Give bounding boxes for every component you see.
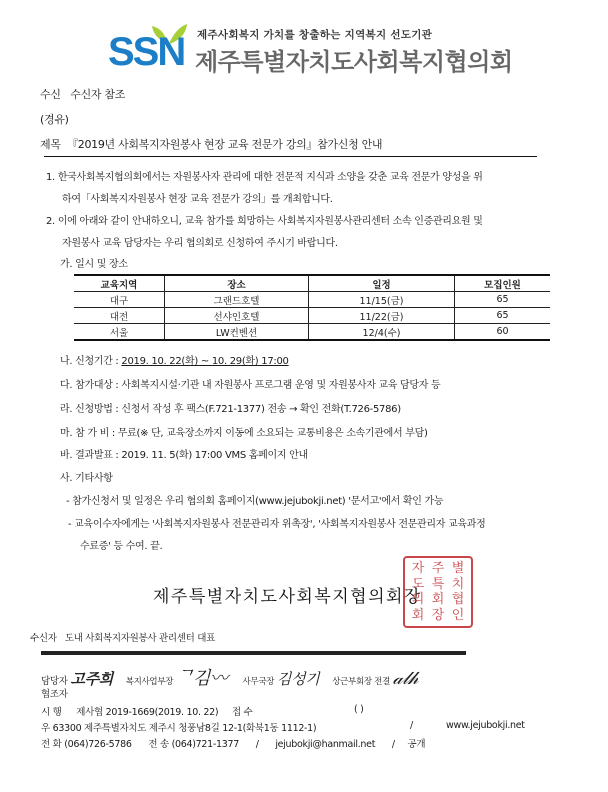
seal-char: 회 [408, 608, 428, 624]
recipients-label: 수신자 [30, 633, 57, 644]
signature-manager: 고주희 [70, 670, 113, 688]
tel-value: (064)726-5786 [64, 739, 131, 750]
separator: / [410, 720, 413, 731]
signature-secretary-general: 김성기 [277, 670, 320, 688]
seal-char: 자 [408, 561, 428, 577]
separator: / [392, 739, 395, 750]
approval-role: 복지사업부장 [126, 677, 173, 687]
org-name: 제주특별자치도사회복지협의회 [195, 42, 513, 77]
seal-char: 도 [408, 577, 428, 593]
table-cell: 서울 [74, 324, 165, 341]
item-value: 무료(※ 단, 교육장소까지 이동에 소요되는 교통비용은 소속기관에서 부담) [118, 428, 428, 439]
approval-row: 담당자 고주희 복지사업부장 ᄀ김〰 사무국장 김성기 상근부회장 전결 𝒶𝓁𝒽 [41, 664, 418, 690]
table-cell: 12/4(수) [309, 324, 455, 341]
paragraph-2-line-2: 자원봉사 교육 담당자는 우리 협의회로 신청하여 주시기 바랍니다. [62, 234, 338, 249]
table-cell: 65 [455, 292, 551, 308]
seal-char: 주 [428, 561, 448, 577]
paragraph-1-line-2: 하여「사회복지자원봉사 현장 교육 전문가 강의」를 개최합니다. [62, 190, 333, 205]
tel-label: 전 화 [41, 739, 61, 750]
seal-char: 장 [428, 608, 448, 624]
seal-char: 의 [408, 592, 428, 608]
seal-char: 회 [428, 592, 448, 608]
receipt-label: 접 수 [232, 704, 252, 718]
table-cell: 11/22(금) [309, 308, 455, 324]
application-period: 2019. 10. 22(화) ~ 10. 29(화) 17:00 [121, 356, 288, 367]
seal-char: 별 [448, 561, 468, 577]
item-sa-dash-2-line-2: 수료증' 등 수여. 끝. [80, 537, 162, 552]
recipient-label: 수신 [40, 88, 61, 101]
seal-char: 치 [448, 577, 468, 593]
enforce-label: 시 행 [41, 707, 61, 718]
column-header: 교육지역 [74, 275, 165, 292]
table-cell: 선샤인호텔 [165, 308, 309, 324]
table-row: 대구 그랜드호텔 11/15(금) 65 [74, 292, 550, 308]
subject-divider [44, 156, 537, 157]
item-label: 마. 참 가 비 : [60, 428, 115, 439]
table-header-row: 교육지역 장소 일정 모집인원 [74, 275, 550, 292]
enforce-value: 제사협 2019-1669(2019. 10. 22) [76, 707, 218, 718]
logo-ssn: SSN [108, 30, 184, 75]
enforcement-row: 시 행 제사협 2019-1669(2019. 10. 22) [41, 704, 218, 718]
item-label: 바. 결과발표 : [60, 450, 119, 461]
table-cell: LW컨벤션 [165, 324, 309, 341]
paragraph-1-line-1: 1. 한국사회복지협의회에서는 자원봉사자 관리에 대한 전문적 지식과 소양을… [46, 168, 483, 183]
slogan: 제주사회복지 가치를 창출하는 지역복지 선도기관 [197, 27, 432, 42]
item-da: 다. 참가대상 : 사회복지시설·기관 내 자원봉사 프로그램 운영 및 자원봉… [60, 376, 440, 391]
seal-char: 인 [448, 608, 468, 624]
table-cell: 대구 [74, 292, 165, 308]
via: (경유) [40, 111, 69, 127]
issuer-name: 제주특별자치도사회복지협의회장 [153, 582, 422, 607]
receipt-value: ( ) [354, 704, 364, 715]
item-value: 2019. 11. 5(화) 17:00 VMS 홈페이지 안내 [121, 450, 307, 461]
approval-role: 상근부회장 전결 [332, 677, 390, 687]
item-label: 나. 신청기간 : [60, 356, 119, 367]
table-row: 서울 LW컨벤션 12/4(수) 60 [74, 324, 550, 341]
recipients-value: 도내 사회복지자원봉사 관리센터 대표 [65, 633, 215, 644]
postal-address: 우 63300 제주특별자치도 제주시 청풍남8길 12-1(화북1동 1112… [41, 720, 316, 734]
table-cell: 65 [455, 308, 551, 324]
section-ga-heading: 가. 일시 및 장소 [60, 255, 128, 270]
item-sa-dash-2-line-1: - 교육이수자에게는 '사회복지자원봉사 전문관리자 위촉장', '사회복지자원… [68, 515, 485, 530]
column-header: 모집인원 [455, 275, 551, 292]
website-link[interactable]: www.jejubokji.net [446, 720, 525, 731]
column-header: 장소 [165, 275, 309, 292]
table-cell: 그랜드호텔 [165, 292, 309, 308]
schedule-table: 교육지역 장소 일정 모집인원 대구 그랜드호텔 11/15(금) 65 대전 … [74, 274, 550, 341]
separator: / [256, 739, 259, 750]
seal-char: 협 [448, 592, 468, 608]
item-ra: 라. 신청방법 : 신청서 작성 후 팩스(F.721-1377) 전송 → 확… [60, 400, 401, 415]
item-label: 다. 참가대상 : [60, 380, 119, 391]
item-label: 라. 신청방법 : [60, 404, 119, 415]
official-seal: 자 주 별 도 특 치 의 회 협 회 장 인 [403, 556, 473, 628]
table-cell: 60 [455, 324, 551, 341]
item-na: 나. 신청기간 : 2019. 10. 22(화) ~ 10. 29(화) 17… [60, 352, 289, 367]
item-value: 사회복지시설·기관 내 자원봉사 프로그램 운영 및 자원봉사자 교육 담당자 … [121, 380, 440, 391]
table-cell: 대전 [74, 308, 165, 324]
column-header: 일정 [309, 275, 455, 292]
paragraph-2-line-1: 2. 이에 아래와 같이 안내하오니, 교육 참가를 희망하는 사회복지자원봉사… [46, 212, 483, 227]
fax-label: 전 송 [148, 739, 168, 750]
signature-director: ᄀ김〰 [176, 668, 228, 689]
seal-char: 특 [428, 577, 448, 593]
fax-value: (064)721-1377 [172, 739, 239, 750]
item-value: 신청서 작성 후 팩스(F.721-1377) 전송 → 확인 전화(T.726… [121, 404, 400, 415]
cooperator-label: 협조자 [41, 686, 68, 700]
item-ma: 마. 참 가 비 : 무료(※ 단, 교육장소까지 이동에 소요되는 교통비용은… [60, 424, 428, 439]
table-row: 대전 선샤인호텔 11/22(금) 65 [74, 308, 550, 324]
approval-role: 사무국장 [243, 677, 275, 687]
subject-value: 『2019년 사회복지자원봉사 현장 교육 전문가 강의』참가신청 안내 [67, 138, 382, 151]
contact-row: 전 화 (064)726-5786 전 송 (064)721-1377 / je… [41, 736, 425, 750]
subject-row: 제목 『2019년 사회복지자원봉사 현장 교육 전문가 강의』참가신청 안내 [40, 136, 382, 152]
subject-label: 제목 [40, 138, 61, 151]
footer-divider [41, 651, 466, 655]
disclosure-status: 공개 [408, 739, 426, 750]
recipient-value: 수신자 참조 [70, 88, 125, 101]
item-ba: 바. 결과발표 : 2019. 11. 5(화) 17:00 VMS 홈페이지 … [60, 446, 308, 461]
signature-vice-president: 𝒶𝓁𝒽 [393, 668, 418, 689]
item-sa-heading: 사. 기타사항 [60, 469, 113, 484]
recipients-row: 수신자 도내 사회복지자원봉사 관리센터 대표 [30, 630, 215, 644]
table-cell: 11/15(금) [309, 292, 455, 308]
recipient-row: 수신 수신자 참조 [40, 86, 125, 102]
item-sa-dash-1: - 참가신청서 및 일정은 우리 협의회 홈페이지(www.jejubokji.… [66, 492, 443, 507]
email-link[interactable]: jejubokji@hanmail.net [275, 739, 375, 750]
